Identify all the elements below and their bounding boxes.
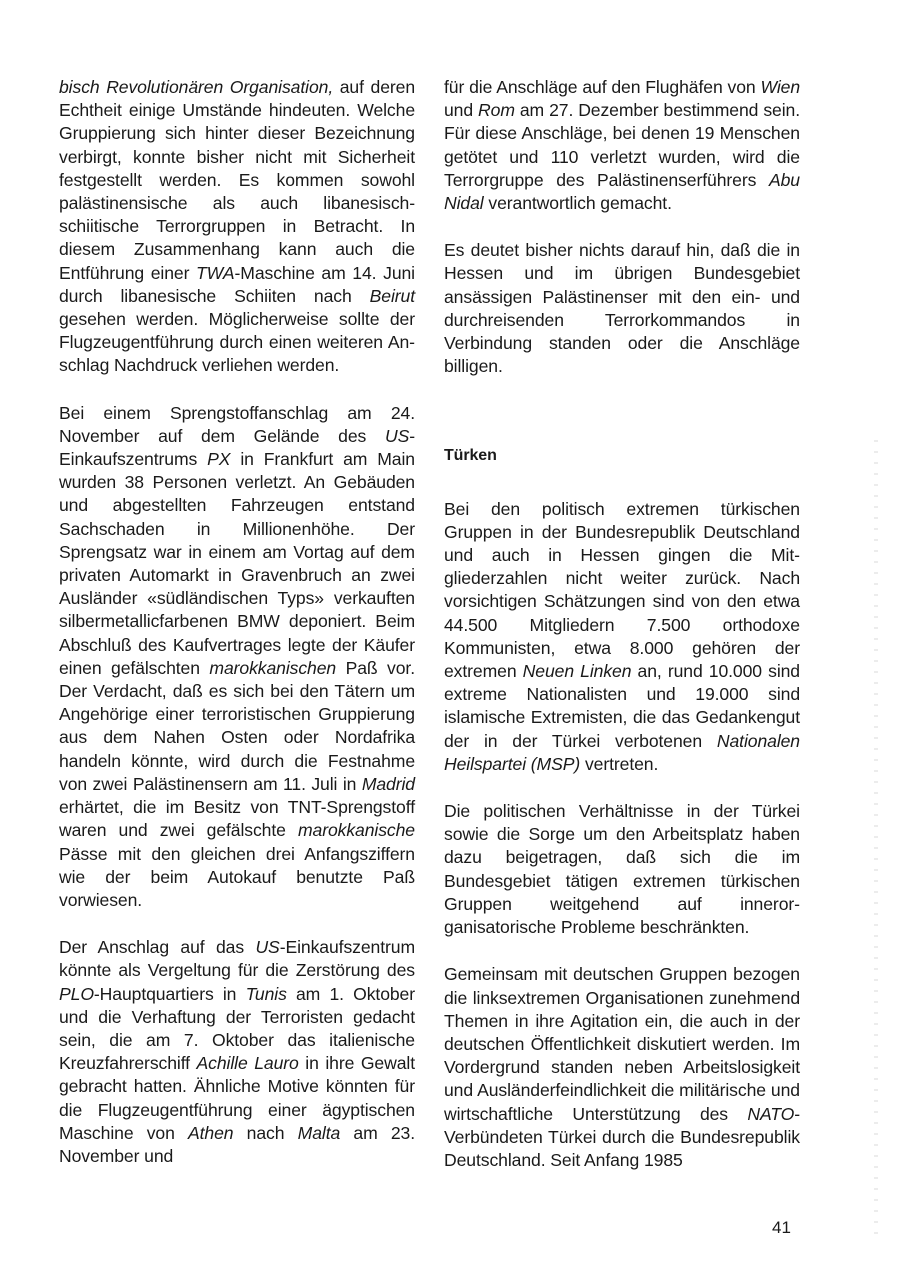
- text: auf deren Echtheit einige Umstände hinde…: [59, 77, 415, 283]
- paragraph: Es deutet bisher nichts darauf hin, daß …: [444, 239, 800, 378]
- italic-text: NATO: [747, 1104, 794, 1124]
- page-number: 41: [772, 1218, 791, 1238]
- italic-text: Tunis: [246, 984, 287, 1004]
- italic-text: Rom: [478, 100, 515, 120]
- text: verantwortlich gemacht.: [484, 193, 672, 213]
- italic-text: Wien: [760, 77, 800, 97]
- italic-text: Athen: [188, 1123, 233, 1143]
- italic-text: TWA: [196, 263, 234, 283]
- text: Gemeinsam mit deutschen Gruppen be­zogen…: [444, 964, 800, 1123]
- text: gesehen wer­den. Möglicherweise sollte d…: [59, 309, 415, 375]
- italic-text: marokkanischen: [209, 658, 336, 678]
- italic-text: Beirut: [370, 286, 415, 306]
- text: und: [444, 100, 478, 120]
- italic-text: marokkanische: [298, 820, 415, 840]
- right-column: für die Anschläge auf den Flughäfen von …: [444, 76, 800, 1196]
- text: Der Anschlag auf das: [59, 937, 255, 957]
- paragraph: Bei einem Sprengstoffanschlag am 24. Nov…: [59, 402, 415, 912]
- text: nach: [233, 1123, 297, 1143]
- italic-text: bisch Revolutionären Organisation,: [59, 77, 333, 97]
- italic-text: Achille Lau­ro: [197, 1053, 299, 1073]
- text: Bei den politisch extremen türkischen Gr…: [444, 499, 800, 681]
- left-column: bisch Revolutionären Organisation, auf d…: [59, 76, 415, 1192]
- document-page: bisch Revolutionären Organisation, auf d…: [0, 0, 900, 1276]
- paragraph: Der Anschlag auf das US-Einkaufszen­trum…: [59, 936, 415, 1168]
- italic-text: PX: [207, 449, 230, 469]
- italic-text: PLO: [59, 984, 94, 1004]
- section-heading: Türken: [444, 444, 800, 467]
- italic-text: Neuen Linken: [523, 661, 632, 681]
- text: Die politischen Verhältnisse in der Türk…: [444, 801, 800, 937]
- text: -Hauptquartiers in: [94, 984, 246, 1004]
- text: vertreten.: [580, 754, 658, 774]
- text: Pässe mit den gleichen drei Anfangsziffe…: [59, 844, 415, 910]
- paragraph: Gemeinsam mit deutschen Gruppen be­zogen…: [444, 963, 800, 1172]
- paragraph: Die politischen Verhältnisse in der Türk…: [444, 800, 800, 939]
- italic-text: US: [385, 426, 409, 446]
- italic-text: US: [255, 937, 279, 957]
- paragraph: bisch Revolutionären Organisation, auf d…: [59, 76, 415, 378]
- italic-text: Madrid: [362, 774, 415, 794]
- paragraph: Bei den politisch extremen türkischen Gr…: [444, 498, 800, 776]
- text: in Frankfurt am Main wurden 38 Personen …: [59, 449, 415, 678]
- scan-artifact: [874, 440, 878, 1240]
- text: für die Anschläge auf den Flughäfen von: [444, 77, 760, 97]
- paragraph: für die Anschläge auf den Flughäfen von …: [444, 76, 800, 215]
- italic-text: Malta: [298, 1123, 341, 1143]
- text: Es deutet bisher nichts darauf hin, daß …: [444, 240, 800, 376]
- text: Bei einem Sprengstoffanschlag am 24. Nov…: [59, 403, 415, 446]
